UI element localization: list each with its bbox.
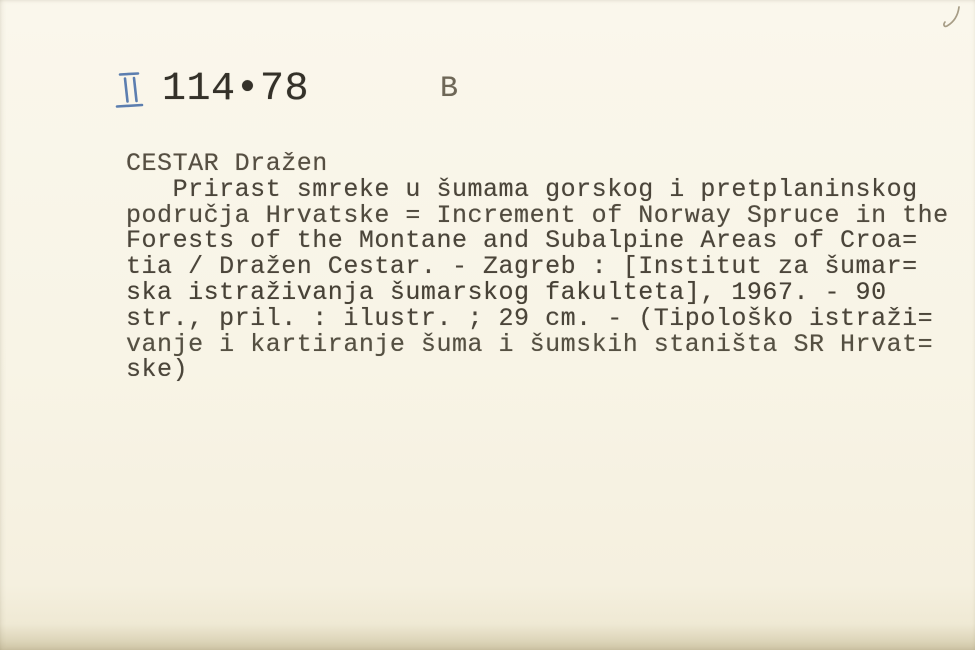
entry-line-author: CESTAR Dražen <box>126 151 966 177</box>
blue-roman-numeral-ii-icon <box>114 70 148 110</box>
entry-line: vanje i kartiranje šuma i šumskih staniš… <box>126 332 966 358</box>
entry-line: str., pril. : ilustr. ; 29 cm. - (Tipolo… <box>126 306 966 332</box>
entry-line: Prirast smreke u šumama gorskog i pretpl… <box>126 177 966 203</box>
shelf-letter: B <box>440 72 458 106</box>
call-number-text: 114•78 <box>162 68 309 112</box>
entry-line: područja Hrvatske = Increment of Norway … <box>126 203 966 229</box>
entry-line: ska istraživanja šumarskog fakulteta], 1… <box>126 280 966 306</box>
call-number: 114•78 <box>114 68 309 112</box>
entry-line: Forests of the Montane and Subalpine Are… <box>126 228 966 254</box>
pen-stroke-mark <box>935 2 971 36</box>
catalog-card: 114•78 B CESTAR Dražen Prirast smreke u … <box>0 0 975 650</box>
bibliographic-entry: CESTAR Dražen Prirast smreke u šumama go… <box>126 151 966 383</box>
entry-line: ske) <box>126 357 966 383</box>
entry-line: tia / Dražen Cestar. - Zagreb : [Institu… <box>126 254 966 280</box>
